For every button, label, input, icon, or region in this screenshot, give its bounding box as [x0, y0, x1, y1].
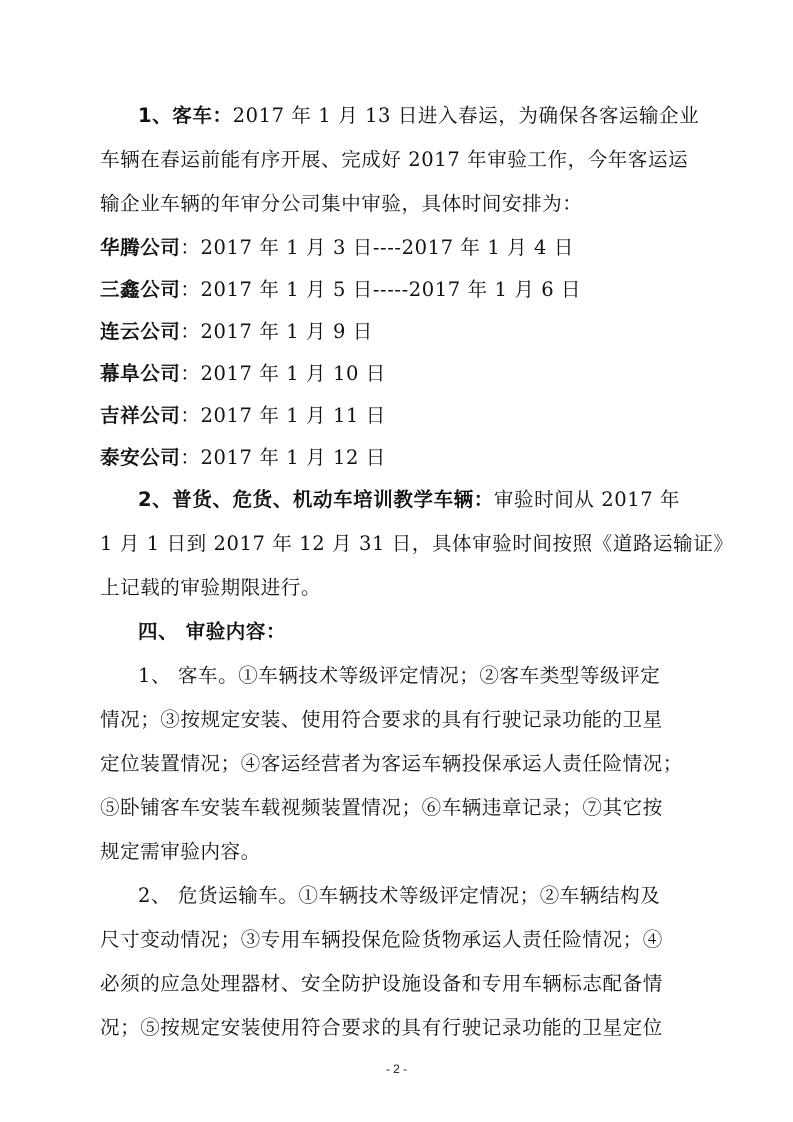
schedule-date: 2017 年 1 月 12 日	[201, 446, 386, 469]
company-name: 幕阜公司	[100, 362, 180, 385]
section-heading-audit-content: 四、 审验内容：	[138, 618, 738, 646]
passenger-section-text: 2017 年 1 月 13 日进入春运，为确保各客运输企业	[233, 104, 700, 127]
company-name: 吉祥公司	[100, 404, 180, 427]
schedule-date: 2017 年 1 月 5 日-----2017 年 1 月 6 日	[201, 278, 582, 301]
passenger-content-line-1: 1、 客车。①车辆技术等级评定情况；②客车类型等级评定	[138, 662, 738, 690]
separator: ：	[180, 236, 200, 259]
passenger-content-line-3: 定位装置情况；④客运经营者为客运车辆投保承运人责任险情况；	[100, 750, 700, 778]
document-page: 1、客车：2017 年 1 月 13 日进入春运，为确保各客运输企业 车辆在春运…	[0, 0, 793, 1122]
passenger-content-line-4: ⑤卧铺客车安装车载视频装置情况；⑥车辆违章记录；⑦其它按	[100, 794, 700, 822]
passenger-section-line-2: 车辆在春运前能有序开展、完成好 2017 年审验工作，今年客运运	[100, 146, 700, 174]
hazmat-content-line-1: 2、 危货运输车。①车辆技术等级评定情况；②车辆结构及	[138, 882, 738, 910]
company-name: 泰安公司	[100, 446, 180, 469]
freight-section-line-3: 上记载的审验期限进行。	[100, 574, 700, 602]
page-number: - 2 -	[0, 1062, 793, 1076]
separator: ：	[180, 278, 200, 301]
separator: ：	[180, 320, 200, 343]
schedule-date: 2017 年 1 月 11 日	[201, 404, 386, 427]
separator: ：	[180, 446, 200, 469]
schedule-date: 2017 年 1 月 3 日----2017 年 1 月 4 日	[201, 236, 574, 259]
freight-section-line-1: 2、普货、危货、机动车培训教学车辆：审验时间从 2017 年	[138, 486, 738, 514]
company-name: 三鑫公司	[100, 278, 180, 301]
hazmat-content-line-3: 必须的应急处理器材、安全防护设施设备和专用车辆标志配备情	[100, 970, 700, 998]
schedule-row: 三鑫公司：2017 年 1 月 5 日-----2017 年 1 月 6 日	[100, 276, 700, 304]
passenger-section-line-1: 1、客车：2017 年 1 月 13 日进入春运，为确保各客运输企业	[138, 102, 738, 130]
passenger-section-line-3: 输企业车辆的年审分公司集中审验，具体时间安排为：	[100, 190, 700, 218]
heading-colon: ：	[212, 104, 232, 127]
schedule-date: 2017 年 1 月 9 日	[201, 320, 373, 343]
passenger-content-line-2: 情况；③按规定安装、使用符合要求的具有行驶记录功能的卫星	[100, 706, 700, 734]
schedule-date: 2017 年 1 月 10 日	[201, 362, 386, 385]
schedule-row: 幕阜公司：2017 年 1 月 10 日	[100, 360, 700, 388]
freight-section-heading: 2、普货、危货、机动车培训教学车辆	[138, 488, 474, 511]
freight-section-line-2: 1 月 1 日到 2017 年 12 月 31 日，具体审验时间按照《道路运输证…	[100, 530, 700, 558]
schedule-row: 泰安公司：2017 年 1 月 12 日	[100, 444, 700, 472]
passenger-content-line-5: 规定需审验内容。	[100, 838, 700, 866]
schedule-row: 华腾公司：2017 年 1 月 3 日----2017 年 1 月 4 日	[100, 234, 700, 262]
schedule-row: 吉祥公司：2017 年 1 月 11 日	[100, 402, 700, 430]
company-name: 连云公司	[100, 320, 180, 343]
heading-colon: ：	[474, 488, 494, 511]
hazmat-content-line-4: 况；⑤按规定安装使用符合要求的具有行驶记录功能的卫星定位	[100, 1014, 700, 1042]
separator: ：	[180, 362, 200, 385]
company-name: 华腾公司	[100, 236, 180, 259]
schedule-row: 连云公司：2017 年 1 月 9 日	[100, 318, 700, 346]
passenger-section-heading: 1、客车	[138, 104, 212, 127]
hazmat-content-line-2: 尺寸变动情况；③专用车辆投保危险货物承运人责任险情况；④	[100, 926, 700, 954]
separator: ：	[180, 404, 200, 427]
freight-section-text: 审验时间从 2017 年	[494, 488, 680, 511]
